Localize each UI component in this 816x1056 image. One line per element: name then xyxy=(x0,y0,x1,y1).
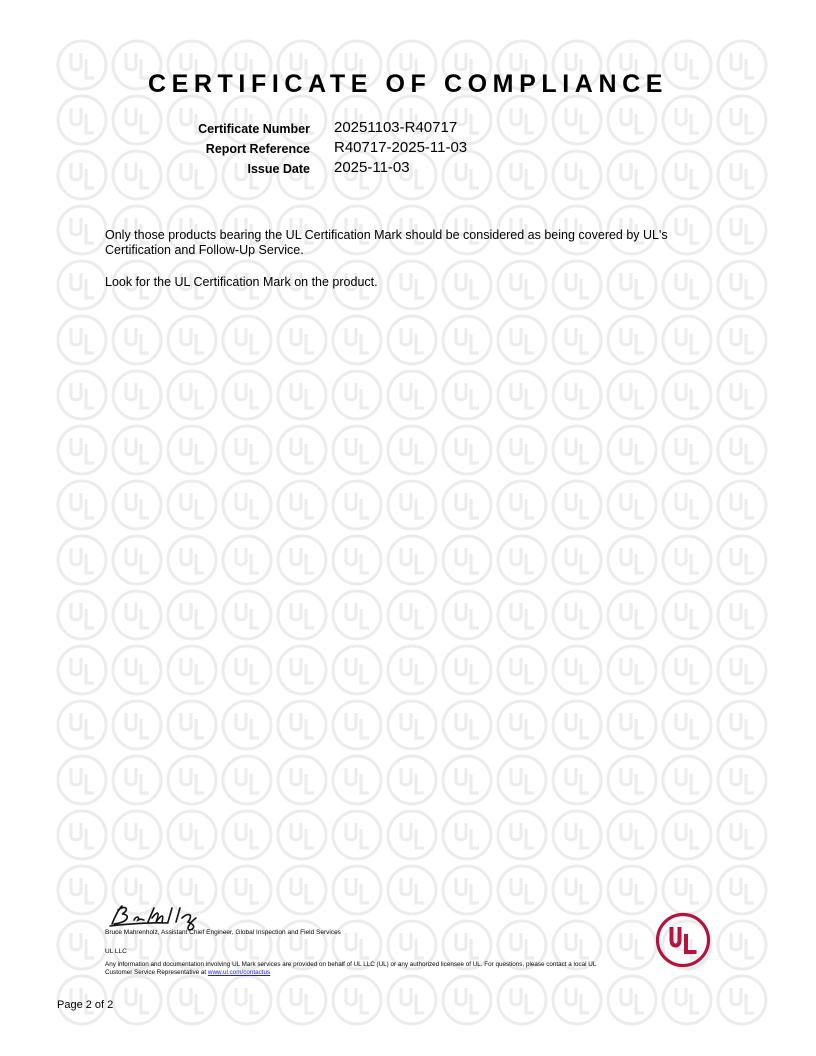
ul-mark-icon xyxy=(498,866,546,914)
ul-mark-icon xyxy=(58,371,106,419)
ul-logo xyxy=(655,912,711,968)
ul-mark-icon xyxy=(553,371,601,419)
ul-mark-icon xyxy=(553,701,601,749)
ul-mark-icon xyxy=(168,701,216,749)
ul-mark-icon xyxy=(553,811,601,859)
ul-mark-icon xyxy=(58,316,106,364)
ul-mark-icon xyxy=(223,371,271,419)
ul-mark-icon xyxy=(608,591,656,639)
ul-mark-icon xyxy=(718,261,766,309)
ul-mark-icon xyxy=(498,646,546,694)
ul-mark-icon xyxy=(498,316,546,364)
ul-mark-icon xyxy=(223,866,271,914)
ul-mark-icon xyxy=(608,646,656,694)
ul-mark-icon xyxy=(168,646,216,694)
coverage-statement: Only those products bearing the UL Certi… xyxy=(105,228,725,258)
ul-mark-icon xyxy=(58,206,106,254)
ul-mark-icon xyxy=(58,536,106,584)
ul-mark-icon xyxy=(443,976,491,1024)
ul-mark-icon xyxy=(168,316,216,364)
ul-mark-icon xyxy=(443,316,491,364)
ul-mark-icon xyxy=(553,536,601,584)
ul-mark-icon xyxy=(498,426,546,474)
ul-mark-icon xyxy=(388,701,436,749)
disclaimer-text: Any information and documentation involv… xyxy=(105,961,596,976)
ul-mark-icon xyxy=(333,976,381,1024)
ul-mark-icon xyxy=(718,921,766,969)
ul-mark-icon xyxy=(388,316,436,364)
ul-mark-icon xyxy=(663,756,711,804)
ul-mark-icon xyxy=(58,756,106,804)
ul-mark-icon xyxy=(498,591,546,639)
ul-mark-icon xyxy=(168,426,216,474)
field-label: Issue Date xyxy=(150,162,310,176)
ul-mark-icon xyxy=(443,151,491,199)
ul-mark-icon xyxy=(498,481,546,529)
ul-mark-icon xyxy=(608,811,656,859)
ul-mark-icon xyxy=(443,536,491,584)
ul-mark-icon xyxy=(58,866,106,914)
ul-mark-icon xyxy=(278,976,326,1024)
ul-mark-icon xyxy=(333,591,381,639)
ul-mark-icon xyxy=(498,371,546,419)
ul-mark-icon xyxy=(443,811,491,859)
field-label: Report Reference xyxy=(150,142,310,156)
ul-mark-icon xyxy=(553,151,601,199)
ul-mark-icon xyxy=(718,371,766,419)
ul-mark-icon xyxy=(388,646,436,694)
ul-mark-icon xyxy=(333,756,381,804)
ul-mark-icon xyxy=(608,976,656,1024)
ul-mark-icon xyxy=(718,96,766,144)
ul-mark-icon xyxy=(278,536,326,584)
ul-mark-icon xyxy=(278,426,326,474)
ul-mark-icon xyxy=(223,756,271,804)
ul-mark-icon xyxy=(443,701,491,749)
ul-mark-icon xyxy=(498,96,546,144)
ul-mark-icon xyxy=(608,426,656,474)
ul-mark-icon xyxy=(443,426,491,474)
ul-mark-icon xyxy=(223,481,271,529)
ul-mark-icon xyxy=(608,756,656,804)
ul-mark-icon xyxy=(333,811,381,859)
ul-mark-icon xyxy=(113,701,161,749)
ul-mark-icon xyxy=(388,811,436,859)
ul-mark-icon xyxy=(278,756,326,804)
ul-mark-icon xyxy=(333,536,381,584)
ul-mark-icon xyxy=(443,756,491,804)
ul-mark-icon xyxy=(718,206,766,254)
ul-mark-icon xyxy=(663,701,711,749)
ul-mark-icon xyxy=(333,481,381,529)
ul-mark-icon xyxy=(608,151,656,199)
ul-mark-icon xyxy=(388,756,436,804)
contact-link[interactable]: www.ul.com/contactus xyxy=(208,969,270,976)
ul-mark-icon xyxy=(388,591,436,639)
ul-mark-icon xyxy=(443,646,491,694)
ul-mark-icon xyxy=(498,811,546,859)
ul-mark-icon xyxy=(333,701,381,749)
ul-mark-icon xyxy=(278,811,326,859)
ul-mark-icon xyxy=(223,96,271,144)
ul-mark-icon xyxy=(663,426,711,474)
ul-mark-icon xyxy=(113,756,161,804)
ul-mark-icon xyxy=(58,591,106,639)
ul-mark-icon xyxy=(388,371,436,419)
ul-mark-icon xyxy=(278,481,326,529)
ul-mark-icon xyxy=(278,701,326,749)
ul-mark-icon xyxy=(718,591,766,639)
ul-mark-icon xyxy=(443,481,491,529)
ul-mark-icon xyxy=(333,426,381,474)
ul-mark-icon xyxy=(278,371,326,419)
ul-mark-icon xyxy=(168,756,216,804)
ul-mark-icon xyxy=(333,646,381,694)
ul-mark-icon xyxy=(718,646,766,694)
ul-mark-icon xyxy=(608,371,656,419)
ul-mark-icon xyxy=(718,426,766,474)
ul-mark-icon xyxy=(223,701,271,749)
ul-mark-icon xyxy=(388,866,436,914)
ul-mark-icon xyxy=(663,976,711,1024)
ul-mark-icon xyxy=(113,811,161,859)
ul-mark-icon xyxy=(718,316,766,364)
ul-mark-icon xyxy=(553,591,601,639)
ul-mark-icon xyxy=(333,316,381,364)
ul-mark-icon xyxy=(58,261,106,309)
ul-mark-icon xyxy=(443,591,491,639)
ul-mark-icon xyxy=(278,591,326,639)
field-label: Certificate Number xyxy=(150,122,310,136)
ul-mark-icon xyxy=(58,481,106,529)
ul-mark-icon xyxy=(168,976,216,1024)
ul-mark-icon xyxy=(663,371,711,419)
ul-mark-icon xyxy=(168,371,216,419)
ul-mark-icon xyxy=(223,316,271,364)
ul-mark-icon xyxy=(113,96,161,144)
ul-mark-icon xyxy=(113,976,161,1024)
ul-mark-icon xyxy=(388,481,436,529)
ul-mark-icon xyxy=(443,866,491,914)
ul-mark-icon xyxy=(553,316,601,364)
signatory-name: Bruce Mahrenholz, Assistant Chief Engine… xyxy=(105,929,341,936)
ul-mark-icon xyxy=(608,481,656,529)
ul-mark-icon xyxy=(718,701,766,749)
ul-mark-icon xyxy=(663,481,711,529)
ul-mark-icon xyxy=(718,536,766,584)
ul-mark-icon xyxy=(168,591,216,639)
ul-mark-icon xyxy=(663,96,711,144)
ul-mark-icon xyxy=(278,96,326,144)
field-value: 20251103-R40717 xyxy=(334,119,457,136)
ul-mark-icon xyxy=(113,426,161,474)
ul-mark-icon xyxy=(278,866,326,914)
ul-mark-icon xyxy=(113,646,161,694)
ul-mark-icon xyxy=(553,481,601,529)
page-number: Page 2 of 2 xyxy=(57,999,113,1011)
ul-mark-icon xyxy=(663,151,711,199)
ul-mark-icon xyxy=(58,921,106,969)
disclaimer: Any information and documentation involv… xyxy=(105,961,625,977)
ul-mark-icon xyxy=(718,481,766,529)
ul-mark-icon xyxy=(223,591,271,639)
ul-mark-icon xyxy=(168,481,216,529)
ul-mark-icon xyxy=(718,866,766,914)
ul-mark-icon xyxy=(663,646,711,694)
page-title: CERTIFICATE OF COMPLIANCE xyxy=(0,70,816,99)
ul-mark-icon xyxy=(113,481,161,529)
ul-mark-icon xyxy=(608,96,656,144)
ul-mark-icon xyxy=(663,536,711,584)
ul-mark-icon xyxy=(113,536,161,584)
ul-mark-icon xyxy=(718,756,766,804)
ul-mark-icon xyxy=(498,151,546,199)
ul-mark-icon xyxy=(498,976,546,1024)
ul-mark-icon xyxy=(333,866,381,914)
company-name: UL LLC xyxy=(105,948,127,955)
ul-mark-icon xyxy=(58,96,106,144)
ul-mark-icon xyxy=(58,811,106,859)
ul-mark-icon xyxy=(443,371,491,419)
ul-mark-icon xyxy=(113,316,161,364)
ul-mark-icon xyxy=(388,536,436,584)
ul-mark-icon xyxy=(278,316,326,364)
ul-mark-icon xyxy=(223,536,271,584)
ul-mark-icon xyxy=(608,866,656,914)
ul-mark-icon xyxy=(553,866,601,914)
ul-mark-icon xyxy=(608,316,656,364)
ul-mark-icon xyxy=(168,536,216,584)
field-value: 2025-11-03 xyxy=(334,159,410,176)
ul-mark-icon xyxy=(663,866,711,914)
ul-mark-icon xyxy=(223,646,271,694)
ul-mark-icon xyxy=(278,646,326,694)
ul-mark-icon xyxy=(498,756,546,804)
ul-mark-icon xyxy=(58,701,106,749)
ul-mark-icon xyxy=(663,591,711,639)
ul-mark-icon xyxy=(333,371,381,419)
ul-mark-icon xyxy=(388,976,436,1024)
ul-mark-icon xyxy=(168,811,216,859)
ul-mark-icon xyxy=(718,976,766,1024)
ul-mark-icon xyxy=(553,756,601,804)
ul-mark-icon xyxy=(553,426,601,474)
field-value: R40717-2025-11-03 xyxy=(334,139,467,156)
ul-mark-icon xyxy=(553,976,601,1024)
ul-mark-icon xyxy=(223,811,271,859)
ul-mark-icon xyxy=(663,316,711,364)
ul-mark-icon xyxy=(553,96,601,144)
ul-mark-icon xyxy=(58,151,106,199)
ul-mark-icon xyxy=(663,811,711,859)
ul-mark-icon xyxy=(223,976,271,1024)
ul-mark-icon xyxy=(718,811,766,859)
ul-mark-icon xyxy=(388,426,436,474)
ul-mark-icon xyxy=(113,591,161,639)
ul-mark-icon xyxy=(608,701,656,749)
ul-mark-icon xyxy=(553,646,601,694)
ul-mark-icon xyxy=(608,536,656,584)
ul-mark-icon xyxy=(223,426,271,474)
mark-instruction: Look for the UL Certification Mark on th… xyxy=(105,275,725,290)
ul-mark-icon xyxy=(58,646,106,694)
ul-mark-icon xyxy=(113,371,161,419)
ul-mark-icon xyxy=(58,426,106,474)
ul-mark-icon xyxy=(718,151,766,199)
ul-mark-icon xyxy=(498,536,546,584)
ul-mark-icon xyxy=(498,701,546,749)
ul-mark-icon xyxy=(168,96,216,144)
